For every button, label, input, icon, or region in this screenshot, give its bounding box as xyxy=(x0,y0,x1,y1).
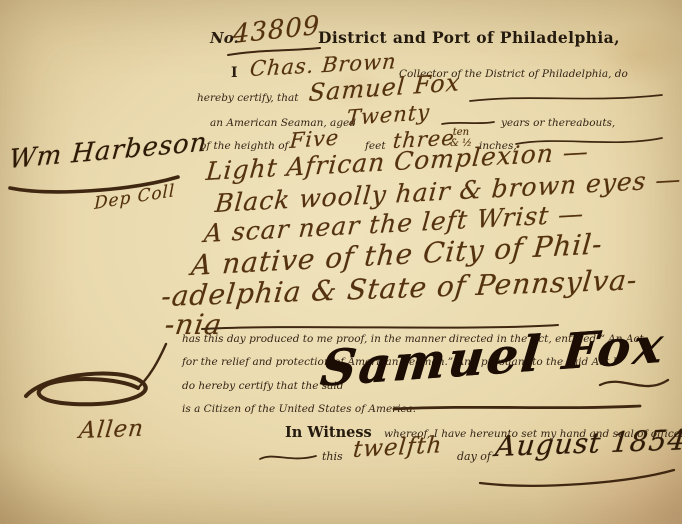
date-lead-dash-flourish xyxy=(258,450,318,464)
act-line-4: is a Citizen of the United States of Ame… xyxy=(182,404,416,415)
seaman-protection-certificate: No. 43809 District and Port of Philadelp… xyxy=(0,0,682,524)
date-value: August 1854 xyxy=(494,426,682,461)
name-dash-flourish xyxy=(468,90,664,106)
citizen-underline xyxy=(392,402,642,414)
height-feet-value: Five xyxy=(289,127,340,152)
citizen-signature-tail-flourish xyxy=(598,372,670,398)
date-this-label: this xyxy=(322,451,343,462)
date-of-label: day of xyxy=(457,451,491,462)
date-underline-flourish xyxy=(478,468,678,492)
collector-prefix: I xyxy=(231,66,238,80)
header-title: District and Port of Philadelphia, xyxy=(318,30,620,46)
document-number-value: 43809 xyxy=(233,13,320,48)
witness-signature: Allen xyxy=(78,418,145,443)
height-printed-before: of the heighth of xyxy=(200,141,288,152)
aged-printed-after: years or thereabouts, xyxy=(501,118,615,129)
certify-printed-text: hereby certify, that xyxy=(197,93,298,104)
date-day-value: twelfth xyxy=(352,434,443,462)
age-value: Twenty xyxy=(346,102,431,129)
ink-scribble-flourish xyxy=(18,352,168,422)
height-insert-top: ten xyxy=(453,128,469,139)
deputy-signature: Wm Harbeson xyxy=(8,129,209,173)
